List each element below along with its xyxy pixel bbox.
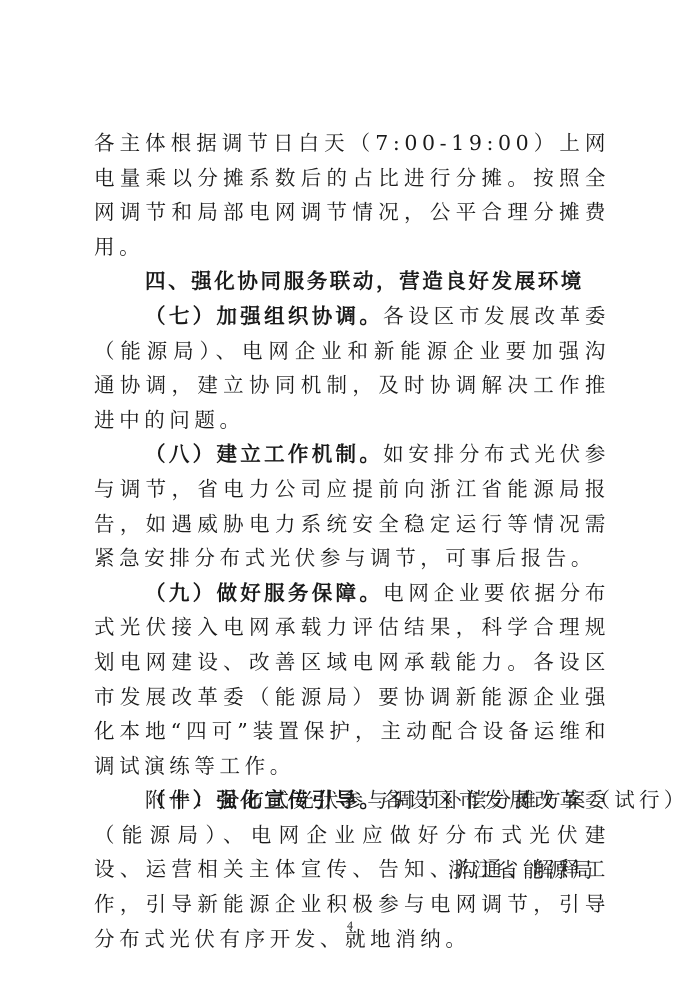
- document-page: 各主体根据调节日白天（7:00-19:00）上网电量乘以分摊系数后的占比进行分摊…: [0, 0, 700, 989]
- paragraph-item-8: （八）建立工作机制。如安排分布式光伏参与调节，省电力公司应提前向浙江省能源局报告…: [94, 437, 610, 575]
- page-number: 4: [0, 918, 700, 933]
- issuer-signature: 浙江省能源局: [448, 853, 597, 883]
- item-lead: （七）加强组织协调。: [145, 304, 383, 328]
- item-lead: （九）做好服务保障。: [145, 581, 383, 605]
- section-heading: 四、强化协同服务联动，营造良好发展环境: [94, 264, 610, 299]
- paragraph-item-9: （九）做好服务保障。电网企业要依据分布式光伏接入电网承载力评估结果，科学合理规划…: [94, 576, 610, 784]
- paragraph-continuation: 各主体根据调节日白天（7:00-19:00）上网电量乘以分摊系数后的占比进行分摊…: [94, 126, 610, 264]
- attachment-line: 附件：分布式光伏参与调节补偿分摊方案（试行）: [145, 783, 688, 813]
- item-lead: （八）建立工作机制。: [145, 442, 383, 466]
- paragraph-text: 各主体根据调节日白天（7:00-19:00）上网电量乘以分摊系数后的占比进行分摊…: [94, 131, 610, 259]
- body-text: 各主体根据调节日白天（7:00-19:00）上网电量乘以分摊系数后的占比进行分摊…: [94, 126, 610, 956]
- heading-text: 四、强化协同服务联动，营造良好发展环境: [145, 269, 584, 293]
- paragraph-text: 电网企业要依据分布式光伏接入电网承载力评估结果，科学合理规划电网建设、改善区域电…: [94, 581, 610, 778]
- paragraph-item-7: （七）加强组织协调。各设区市发展改革委（能源局）、电网企业和新能源企业要加强沟通…: [94, 299, 610, 437]
